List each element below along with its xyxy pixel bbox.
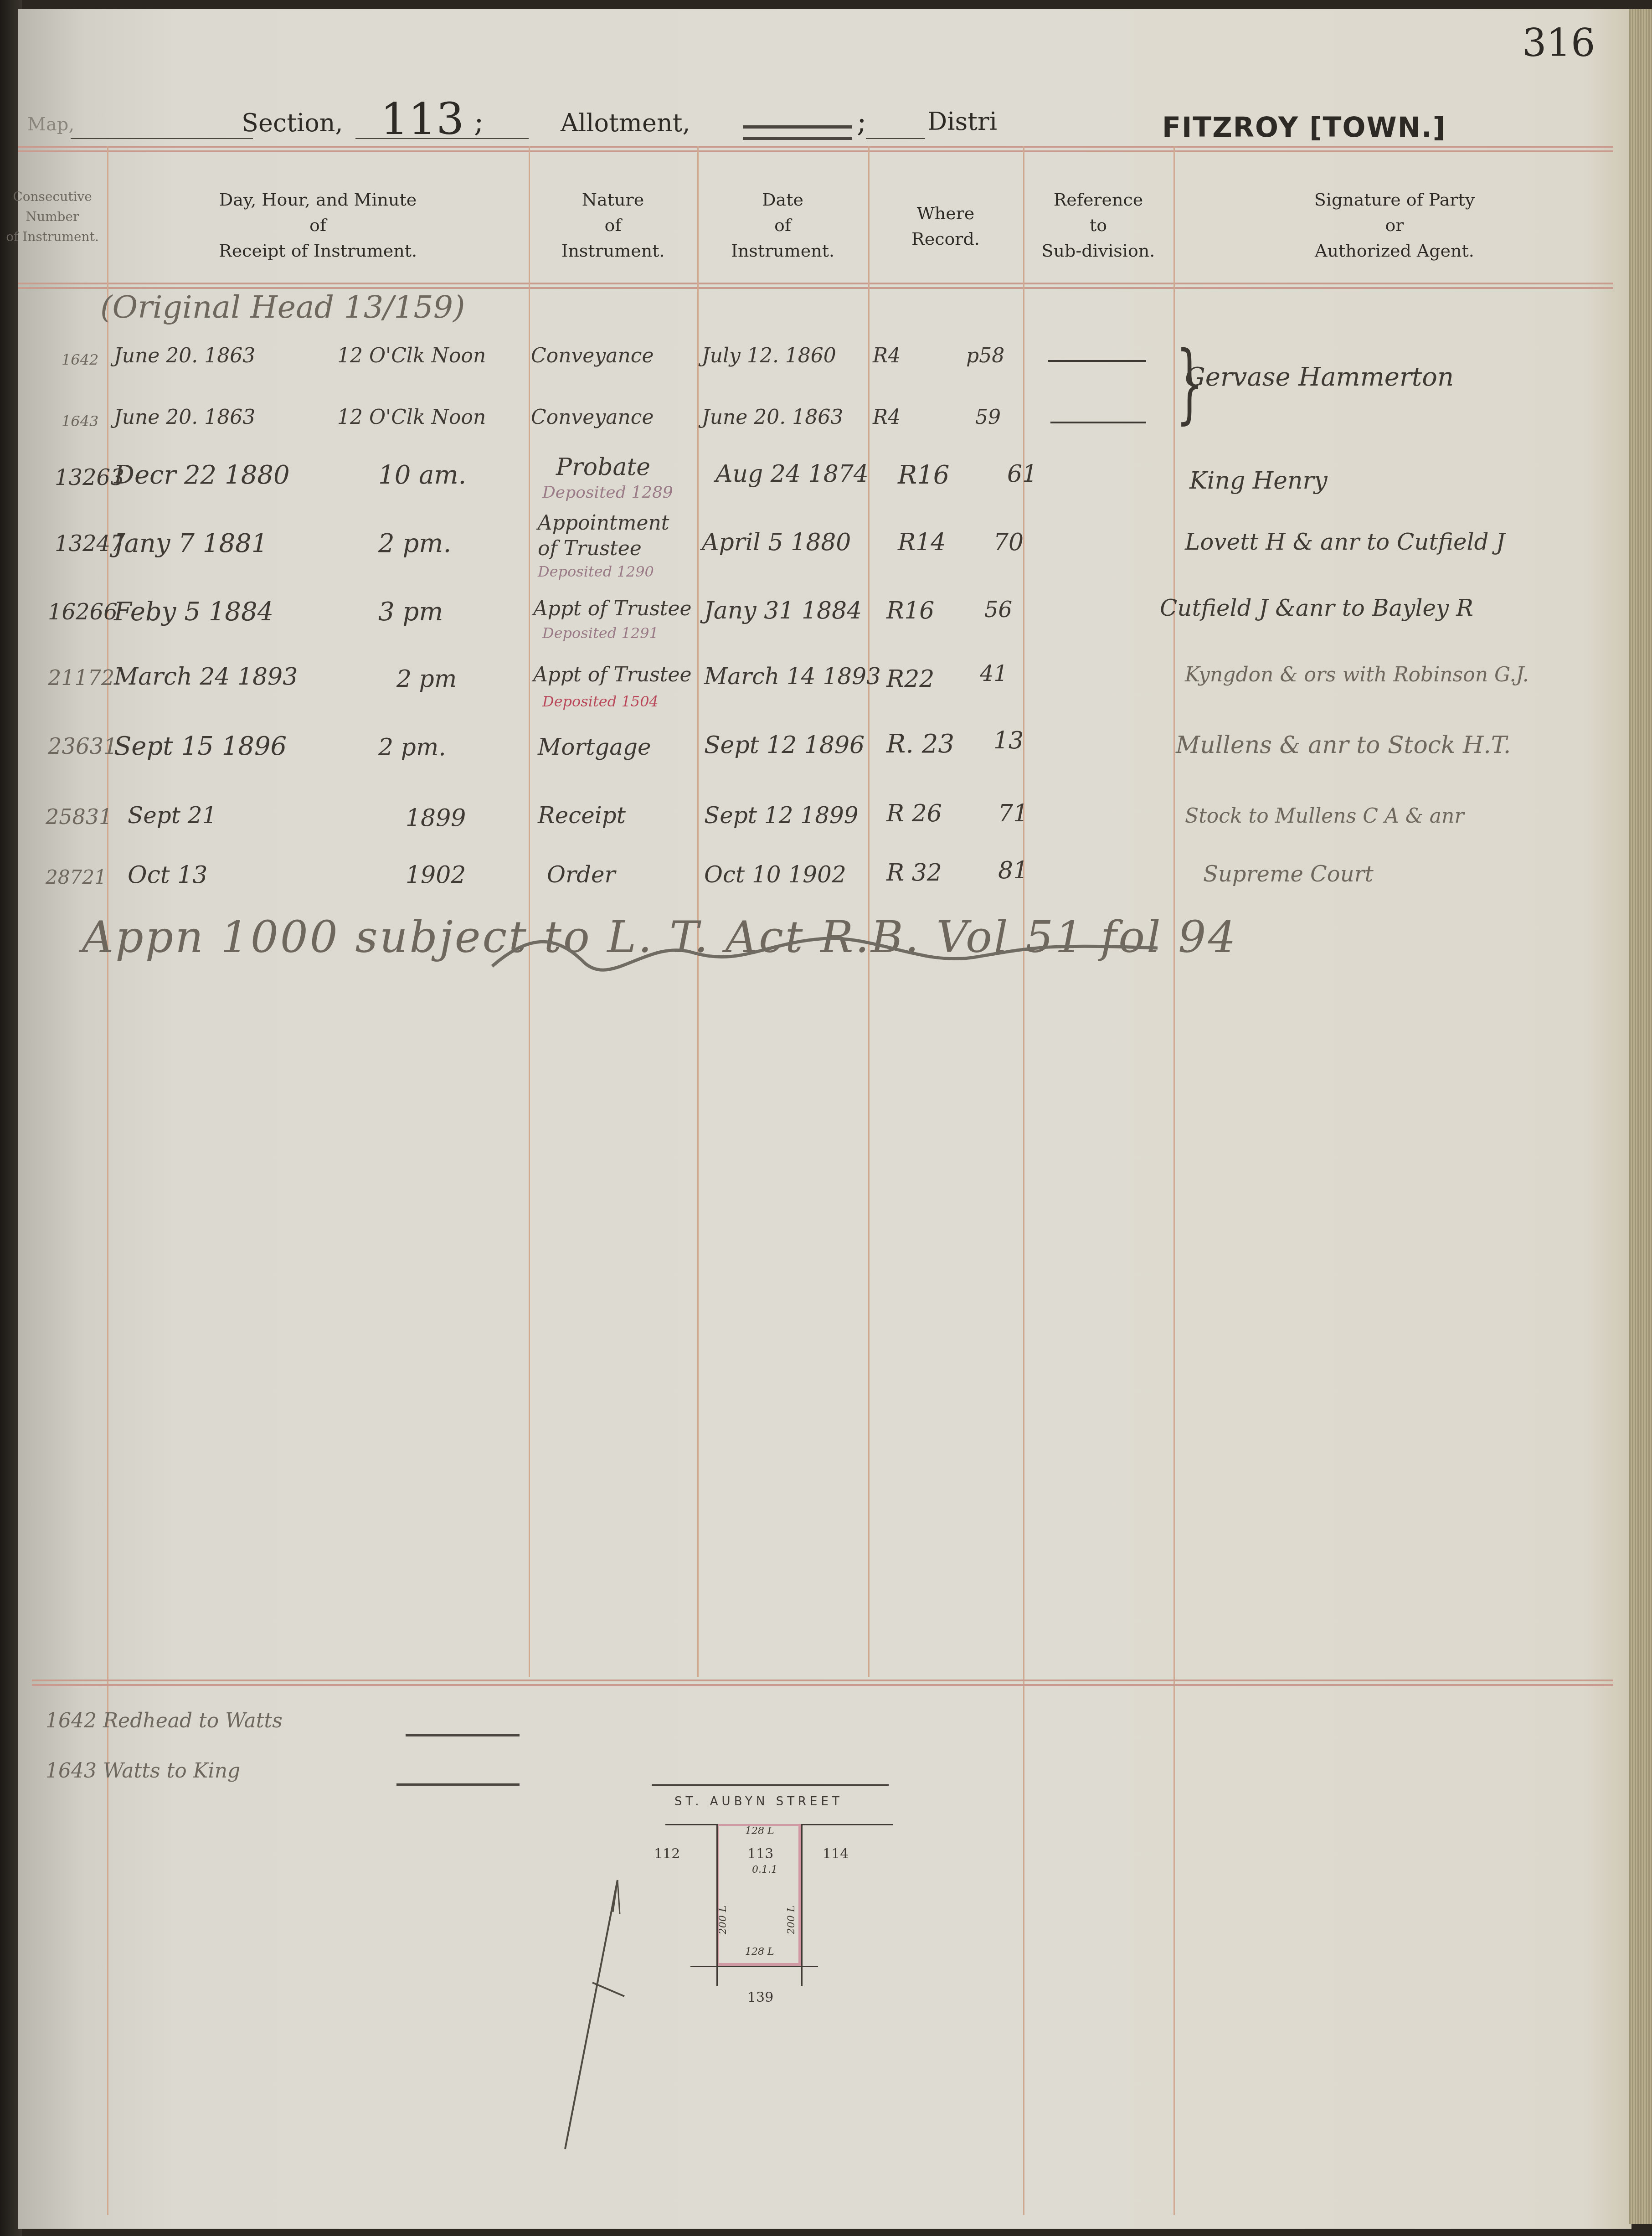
frontage-top-label: 128 L bbox=[745, 1825, 774, 1837]
instrument-date: April 5 1880 bbox=[702, 529, 851, 556]
instrument-date: Sept 12 1899 bbox=[704, 802, 859, 829]
section-separator: ; bbox=[474, 105, 484, 139]
page-edge bbox=[1629, 9, 1652, 2224]
column-rule-1 bbox=[107, 146, 108, 2215]
lot-outline bbox=[716, 1824, 802, 1967]
header-line: of bbox=[697, 212, 868, 238]
signature: Kyngdon & ors with Robinson G.J. bbox=[1185, 663, 1529, 686]
allotment-blank-top bbox=[743, 125, 852, 129]
receipt-date: June 20. 1863 bbox=[114, 406, 255, 429]
nature: Order bbox=[547, 861, 615, 888]
header-line: Day, Hour, and Minute bbox=[107, 187, 529, 212]
instrument-date: March 14 1893 bbox=[704, 663, 881, 690]
instrument-date: June 20. 1863 bbox=[702, 406, 843, 429]
lower-note: 1642 Redhead to Watts bbox=[46, 1709, 283, 1732]
record-book: R16 bbox=[886, 597, 934, 624]
header-bottom-rule bbox=[18, 283, 1613, 289]
record-book: R22 bbox=[886, 665, 934, 693]
header-line: Date bbox=[697, 187, 868, 212]
header-line: Instrument. bbox=[529, 238, 697, 263]
signature: Supreme Court bbox=[1203, 861, 1374, 887]
nature: Appointment of Trustee bbox=[538, 510, 693, 562]
deposit-note: Deposited 1289 bbox=[542, 483, 673, 502]
side-left-label: 200 L bbox=[717, 1906, 729, 1935]
row-number: 16266 bbox=[48, 599, 118, 625]
record-book: R4 bbox=[873, 344, 901, 367]
row-number: 1642 bbox=[62, 351, 98, 368]
header-line: Reference bbox=[1023, 187, 1173, 212]
nature: Probate bbox=[556, 453, 650, 481]
column-header-signature: Signature of Party or Authorized Agent. bbox=[1173, 187, 1616, 263]
header-line: Where bbox=[868, 201, 1023, 226]
column-header-receipt: Day, Hour, and Minute of Receipt of Inst… bbox=[107, 187, 529, 263]
record-page: 70 bbox=[993, 529, 1024, 556]
row-number: 1643 bbox=[62, 412, 98, 430]
receipt-time: 1899 bbox=[406, 804, 466, 832]
record-book: R 26 bbox=[886, 800, 942, 827]
receipt-date: Jany 7 1881 bbox=[114, 529, 268, 558]
header-line: Authorized Agent. bbox=[1173, 238, 1616, 263]
ledger-page: 316 Map, Section, 113 ; Allotment, ; Dis… bbox=[18, 9, 1631, 2229]
lot-area: 0.1.1 bbox=[752, 1864, 777, 1875]
receipt-date: Sept 15 1896 bbox=[114, 732, 287, 761]
column-header-nature: Nature of Instrument. bbox=[529, 187, 697, 263]
lot-label-left: 112 bbox=[654, 1846, 680, 1862]
section-label: Section, bbox=[242, 108, 343, 137]
column-rule-5 bbox=[1023, 146, 1024, 2215]
deposit-note: Deposited 1290 bbox=[538, 563, 654, 580]
column-header-number: Consecutive Number of Instrument. bbox=[5, 187, 100, 247]
receipt-time: 2 pm. bbox=[378, 529, 451, 558]
column-header-where-record: Where Record. bbox=[868, 201, 1023, 252]
header-line: to bbox=[1023, 212, 1173, 238]
instrument-date: Jany 31 1884 bbox=[704, 597, 862, 624]
lower-note-dash bbox=[406, 1734, 520, 1736]
row-number: 28721 bbox=[46, 866, 107, 888]
column-header-reference: Reference to Sub-division. bbox=[1023, 187, 1173, 263]
map-field bbox=[71, 138, 253, 139]
instrument-date: Oct 10 1902 bbox=[704, 861, 846, 888]
page-number: 316 bbox=[1522, 21, 1595, 65]
district-field-lead bbox=[866, 138, 925, 139]
instrument-date: Sept 12 1896 bbox=[704, 732, 865, 759]
header-line: Instrument. bbox=[697, 238, 868, 263]
record-book: R. 23 bbox=[886, 729, 954, 759]
lot-label-center: 113 bbox=[747, 1846, 773, 1862]
header-line: Nature bbox=[529, 187, 697, 212]
receipt-time: 10 am. bbox=[378, 460, 466, 490]
header-line: Record. bbox=[868, 226, 1023, 252]
allotment-separator: ; bbox=[857, 105, 867, 139]
record-book: R16 bbox=[898, 460, 949, 490]
column-header-date: Date of Instrument. bbox=[697, 187, 868, 263]
nature: Appt of Trustee bbox=[533, 663, 692, 686]
record-page: 56 bbox=[984, 597, 1012, 623]
header-line: Receipt of Instrument. bbox=[107, 238, 529, 263]
deposit-note: Deposited 1504 bbox=[542, 693, 659, 710]
allotment-blank-bottom bbox=[743, 137, 852, 140]
header-line: of Instrument. bbox=[5, 227, 100, 247]
record-page: 61 bbox=[1007, 460, 1037, 488]
record-book: R 32 bbox=[886, 859, 942, 886]
signature: Mullens & anr to Stock H.T. bbox=[1176, 732, 1511, 759]
header-line: Signature of Party bbox=[1173, 187, 1616, 212]
header-line: Number bbox=[5, 207, 100, 227]
record-page: 59 bbox=[975, 406, 1001, 429]
lot-label-right: 114 bbox=[823, 1846, 849, 1862]
signature: Lovett H & anr to Cutfield J bbox=[1185, 529, 1505, 555]
header-line: of bbox=[107, 212, 529, 238]
allotment-label: Allotment, bbox=[561, 108, 690, 137]
receipt-time: 12 O'Clk Noon bbox=[337, 406, 486, 429]
row-number: 21172 bbox=[48, 665, 114, 690]
row-number: 25831 bbox=[46, 804, 112, 829]
side-right-label: 200 L bbox=[786, 1906, 797, 1935]
rear-lot-label: 139 bbox=[747, 1989, 773, 2005]
lower-note-dash bbox=[396, 1783, 520, 1786]
signature: Cutfield J &anr to Bayley R bbox=[1160, 595, 1473, 621]
signature: King Henry bbox=[1189, 467, 1328, 495]
bracketed-signature: Gervase Hammerton bbox=[1185, 362, 1454, 392]
street-line-top bbox=[652, 1784, 889, 1786]
nature: Receipt bbox=[538, 802, 626, 829]
instrument-date: Aug 24 1874 bbox=[715, 460, 869, 488]
receipt-date: Sept 21 bbox=[128, 802, 216, 829]
subdivision-dash bbox=[1048, 360, 1146, 362]
row-number: 23631 bbox=[48, 734, 118, 759]
frontage-bottom-label: 128 L bbox=[745, 1946, 774, 1958]
header-line: of bbox=[529, 212, 697, 238]
nature: Mortgage bbox=[538, 734, 651, 760]
rear-line bbox=[690, 1966, 818, 1967]
receipt-time: 3 pm bbox=[378, 597, 443, 627]
nature: Conveyance bbox=[531, 344, 654, 367]
header-top-rule bbox=[18, 146, 1613, 152]
street-name: ST. AUBYN STREET bbox=[674, 1795, 843, 1808]
header-line: or bbox=[1173, 212, 1616, 238]
receipt-date: Feby 5 1884 bbox=[114, 597, 273, 627]
receipt-time: 12 O'Clk Noon bbox=[337, 344, 486, 367]
north-arrow-icon bbox=[556, 1878, 647, 2151]
district-label: Distri bbox=[927, 107, 997, 136]
record-page: 41 bbox=[980, 661, 1008, 686]
receipt-time: 2 pm bbox=[396, 665, 457, 693]
deposit-note: Deposited 1291 bbox=[542, 624, 659, 642]
lower-section-rule bbox=[32, 1680, 1613, 1686]
column-rule-6 bbox=[1173, 146, 1175, 2215]
lot-line-right bbox=[801, 1824, 803, 1986]
instrument-date: July 12. 1860 bbox=[702, 344, 836, 367]
signature: Stock to Mullens C A & anr bbox=[1185, 804, 1464, 828]
lower-note: 1643 Watts to King bbox=[46, 1759, 240, 1783]
section-value: 113 bbox=[381, 93, 464, 144]
record-book: R14 bbox=[898, 529, 946, 556]
record-page: 13 bbox=[993, 727, 1024, 754]
squiggle-underline bbox=[474, 925, 1203, 975]
header-line: Consecutive bbox=[5, 187, 100, 207]
original-head-note: (Original Head 13/159) bbox=[100, 289, 465, 325]
header-line: Sub-division. bbox=[1023, 238, 1173, 263]
receipt-date: June 20. 1863 bbox=[114, 344, 255, 367]
record-page: p58 bbox=[966, 344, 1004, 367]
subdivision-dash bbox=[1050, 422, 1146, 423]
receipt-date: March 24 1893 bbox=[114, 663, 298, 690]
receipt-time: 2 pm. bbox=[378, 734, 446, 761]
nature: Appt of Trustee bbox=[533, 597, 692, 620]
receipt-date: Oct 13 bbox=[128, 861, 207, 889]
map-label: Map, bbox=[27, 114, 74, 135]
record-page: 81 bbox=[998, 857, 1028, 884]
record-page: 71 bbox=[998, 800, 1028, 827]
district-value: FITZROY [TOWN.] bbox=[1162, 112, 1446, 144]
receipt-time: 1902 bbox=[406, 861, 466, 889]
receipt-date: Decr 22 1880 bbox=[114, 460, 290, 490]
record-book: R4 bbox=[873, 406, 901, 429]
nature: Conveyance bbox=[531, 406, 654, 429]
